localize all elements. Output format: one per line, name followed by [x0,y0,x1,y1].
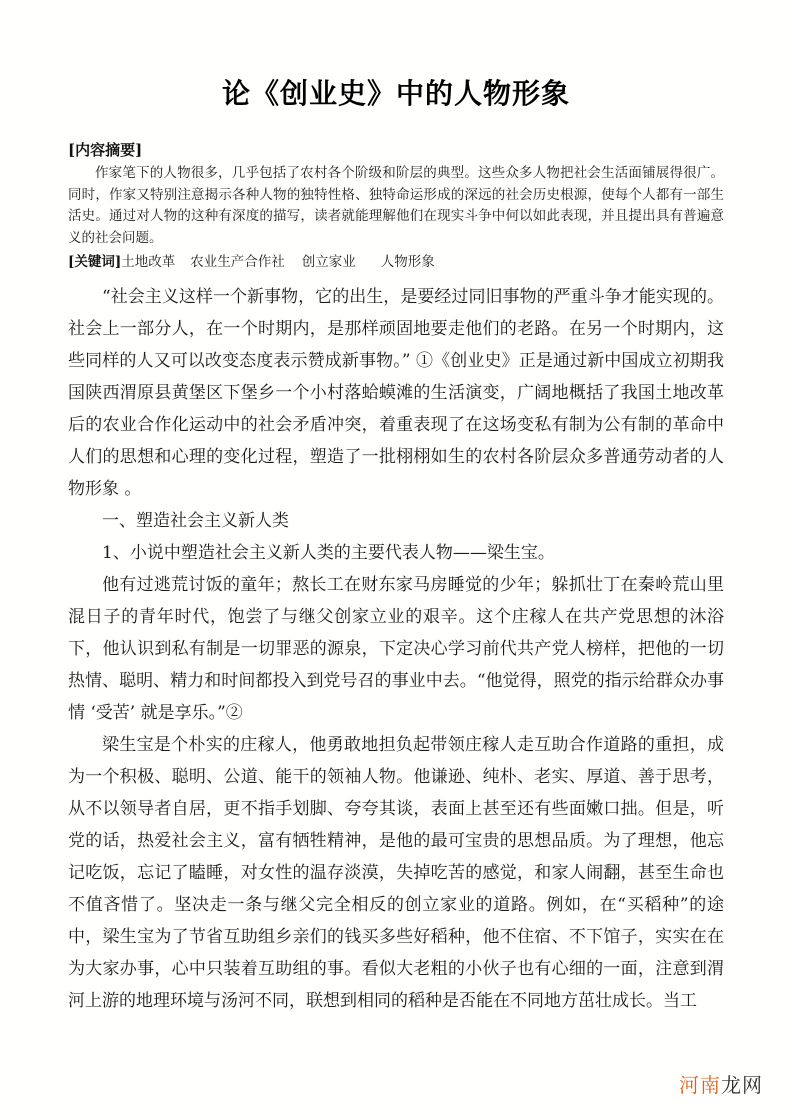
keyword-item: 农业生产合作社 [190,252,285,273]
abstract-text: 作家笔下的人物很多，几乎包括了农村各个阶级和阶层的典型。这些众多人物把社会生活面… [68,163,724,249]
keyword-item: 人物形象 [381,252,435,273]
section-heading: 一、塑造社会主义新人类 [68,505,724,537]
watermark-text-dark: 龙网 [721,1073,763,1097]
body-paragraph: 他有过逃荒讨饭的童年；熬长工在财东家马房睡觉的少年；躲抓壮丁在秦岭荒山里混日子的… [68,569,724,729]
keyword-item: 土地改革 [121,252,175,273]
abstract-label: [内容摘要] [68,140,724,160]
page-title: 论《创业史》中的人物形象 [68,76,724,112]
document-content: 论《创业史》中的人物形象 [内容摘要] 作家笔下的人物很多，几乎包括了农村各个阶… [0,0,792,1017]
watermark-text-orange: 河南 [679,1073,721,1097]
body-paragraph: 梁生宝是个朴实的庄稼人，他勇敢地担负起带领庄稼人走互助合作道路的重担，成为一个积… [68,729,724,1017]
document-page: 论《创业史》中的人物形象 [内容摘要] 作家笔下的人物很多，几乎包括了农村各个阶… [0,0,792,1120]
body-text-block: “社会主义这样一个新事物，它的出生，是要经过同旧事物的严重斗争才能实现的。社会上… [68,281,724,1017]
keyword-item: 创立家业 [302,252,356,273]
quote-paragraph: “社会主义这样一个新事物，它的出生，是要经过同旧事物的严重斗争才能实现的。社会上… [68,281,724,505]
keywords-label: [关键词] [68,254,121,270]
site-watermark: 河南龙网 [679,1075,763,1095]
keywords-row: [关键词]土地改革农业生产合作社创立家业人物形象 [68,252,724,273]
sub-heading: 1、小说中塑造社会主义新人类的主要代表人物——梁生宝。 [68,537,724,569]
